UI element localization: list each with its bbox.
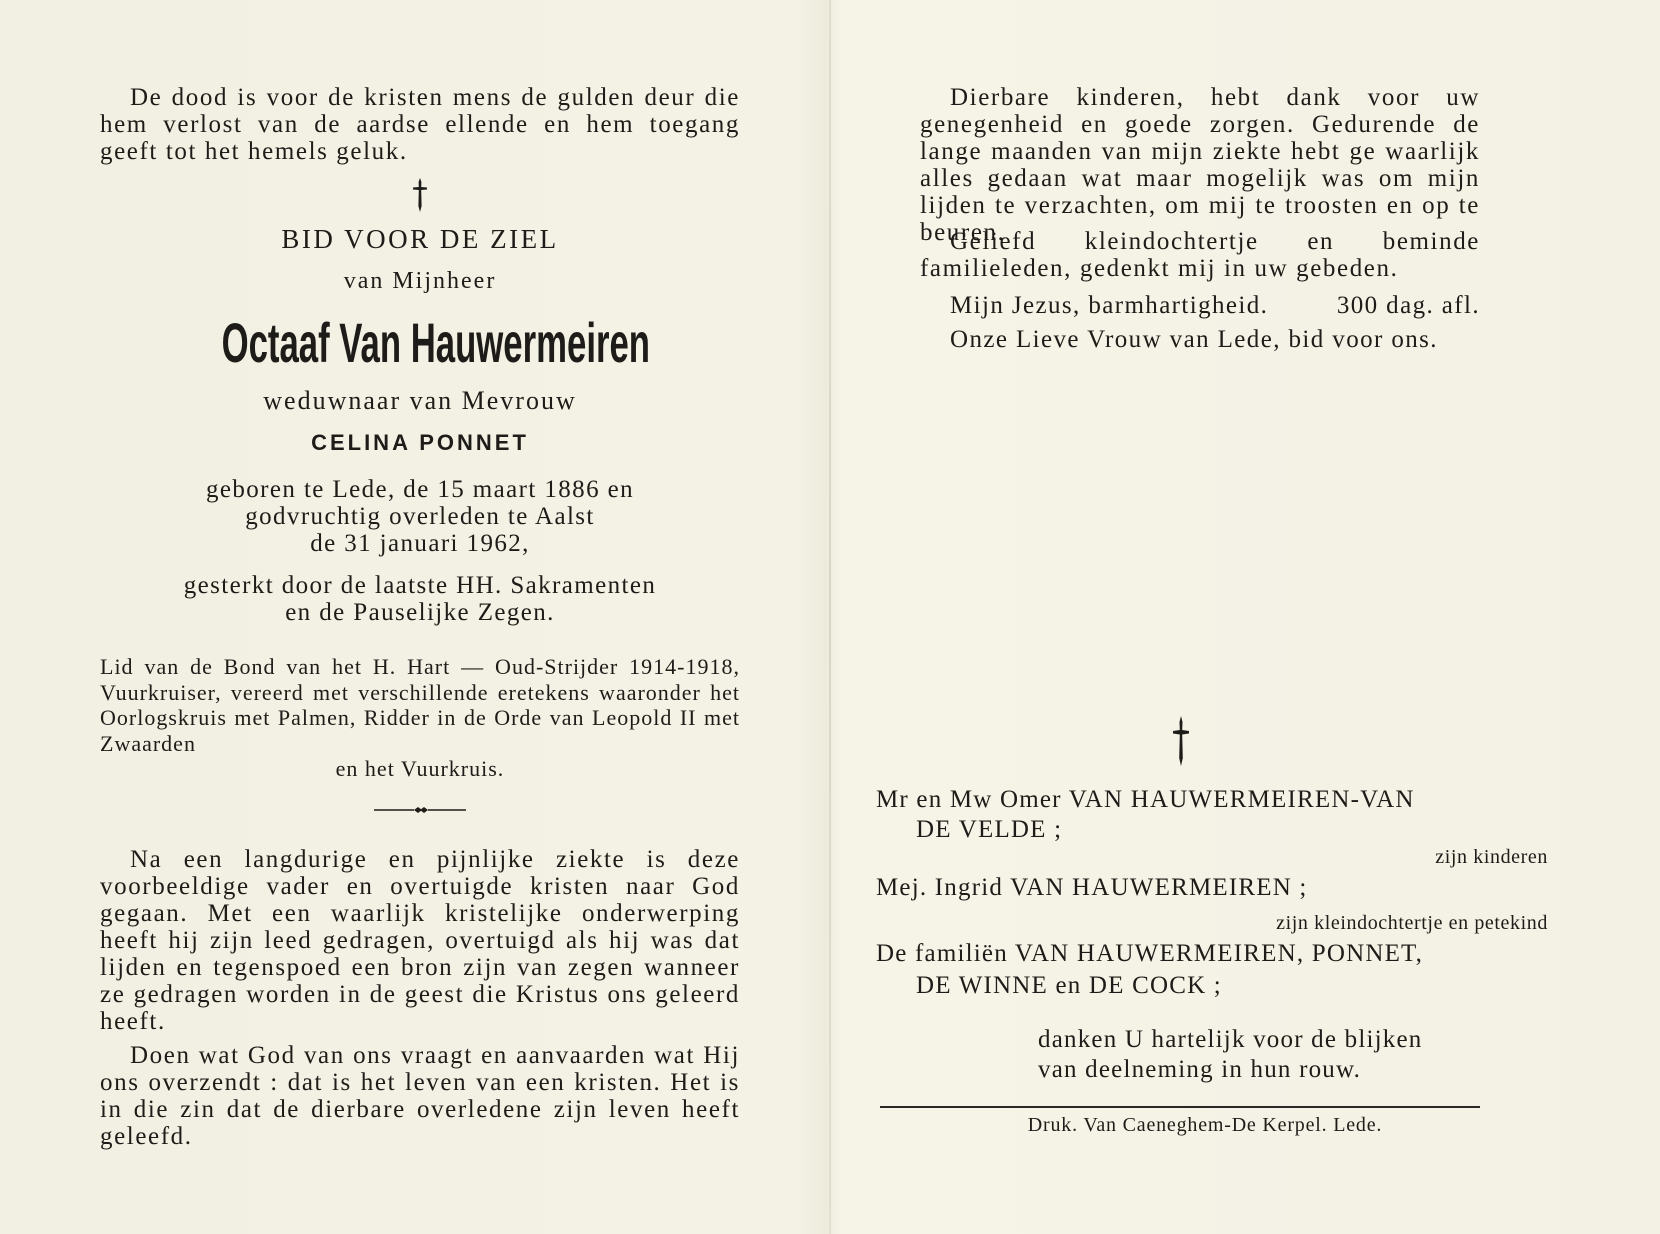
left-page: De dood is voor de kristen mens de gulde… [100, 0, 740, 1234]
family-line: DE VELDE ; [916, 816, 1062, 844]
thanks-line: danken U hartelijk voor de blijken [1038, 1026, 1422, 1054]
family-line: Mej. Ingrid VAN HAUWERMEIREN ; [876, 874, 1308, 902]
cross-icon-right [1172, 716, 1190, 771]
ornamental-rule-icon [100, 806, 740, 814]
paragraph-2: Doen wat God van ons vraagt en aanvaarde… [100, 1042, 740, 1150]
printer-credit: Druk. Van Caeneghem-De Kerpel. Lede. [880, 1114, 1530, 1137]
deceased-name: Octaaf Van Hauwermeiren [222, 308, 619, 378]
prayer-line-1: Mijn Jezus, barmhartigheid. 300 dag. afl… [920, 292, 1480, 320]
spouse-name: CELINA PONNET [100, 430, 740, 456]
card-fold [829, 0, 831, 1234]
indulgence: 300 dag. afl. [1337, 292, 1480, 320]
paragraph-1: Na een langdurige en pijnlijke ziekte is… [100, 846, 740, 1035]
printer-rule [880, 1106, 1480, 1108]
cross-icon [100, 178, 740, 212]
family-line: De familiën VAN HAUWERMEIREN, PONNET, [876, 940, 1423, 968]
widower-line: weduwnaar van Mevrouw [100, 386, 740, 416]
family-remember-text: Geliefd kleindochtertje en beminde famil… [920, 228, 1480, 282]
intro-text: De dood is voor de kristen mens de gulde… [100, 84, 740, 165]
prayer-heading: BID VOOR DE ZIEL [100, 224, 740, 255]
thanks-line: van deelneming in hun rouw. [1038, 1056, 1361, 1084]
prayer-line-2: Onze Lieve Vrouw van Lede, bid voor ons. [920, 326, 1510, 354]
memorial-card: De dood is voor de kristen mens de gulde… [0, 0, 1660, 1234]
honours-text: Lid van de Bond van het H. Hart — Oud-St… [100, 654, 740, 756]
family-line: DE WINNE en DE COCK ; [916, 972, 1222, 1000]
sacraments: gesterkt door de laatste HH. Sakramenten… [100, 572, 740, 626]
relation-label: zijn kinderen [1435, 846, 1548, 869]
relation-label: zijn kleindochtertje en petekind [1276, 912, 1548, 935]
birth-death: geboren te Lede, de 15 maart 1886 en god… [100, 476, 740, 557]
family-line: Mr en Mw Omer VAN HAUWERMEIREN-VAN [876, 786, 1415, 814]
children-thanks-text: Dierbare kinderen, hebt dank voor uw gen… [920, 84, 1480, 246]
honorific: van Mijnheer [100, 268, 740, 295]
honours-last: en het Vuurkruis. [100, 756, 740, 782]
